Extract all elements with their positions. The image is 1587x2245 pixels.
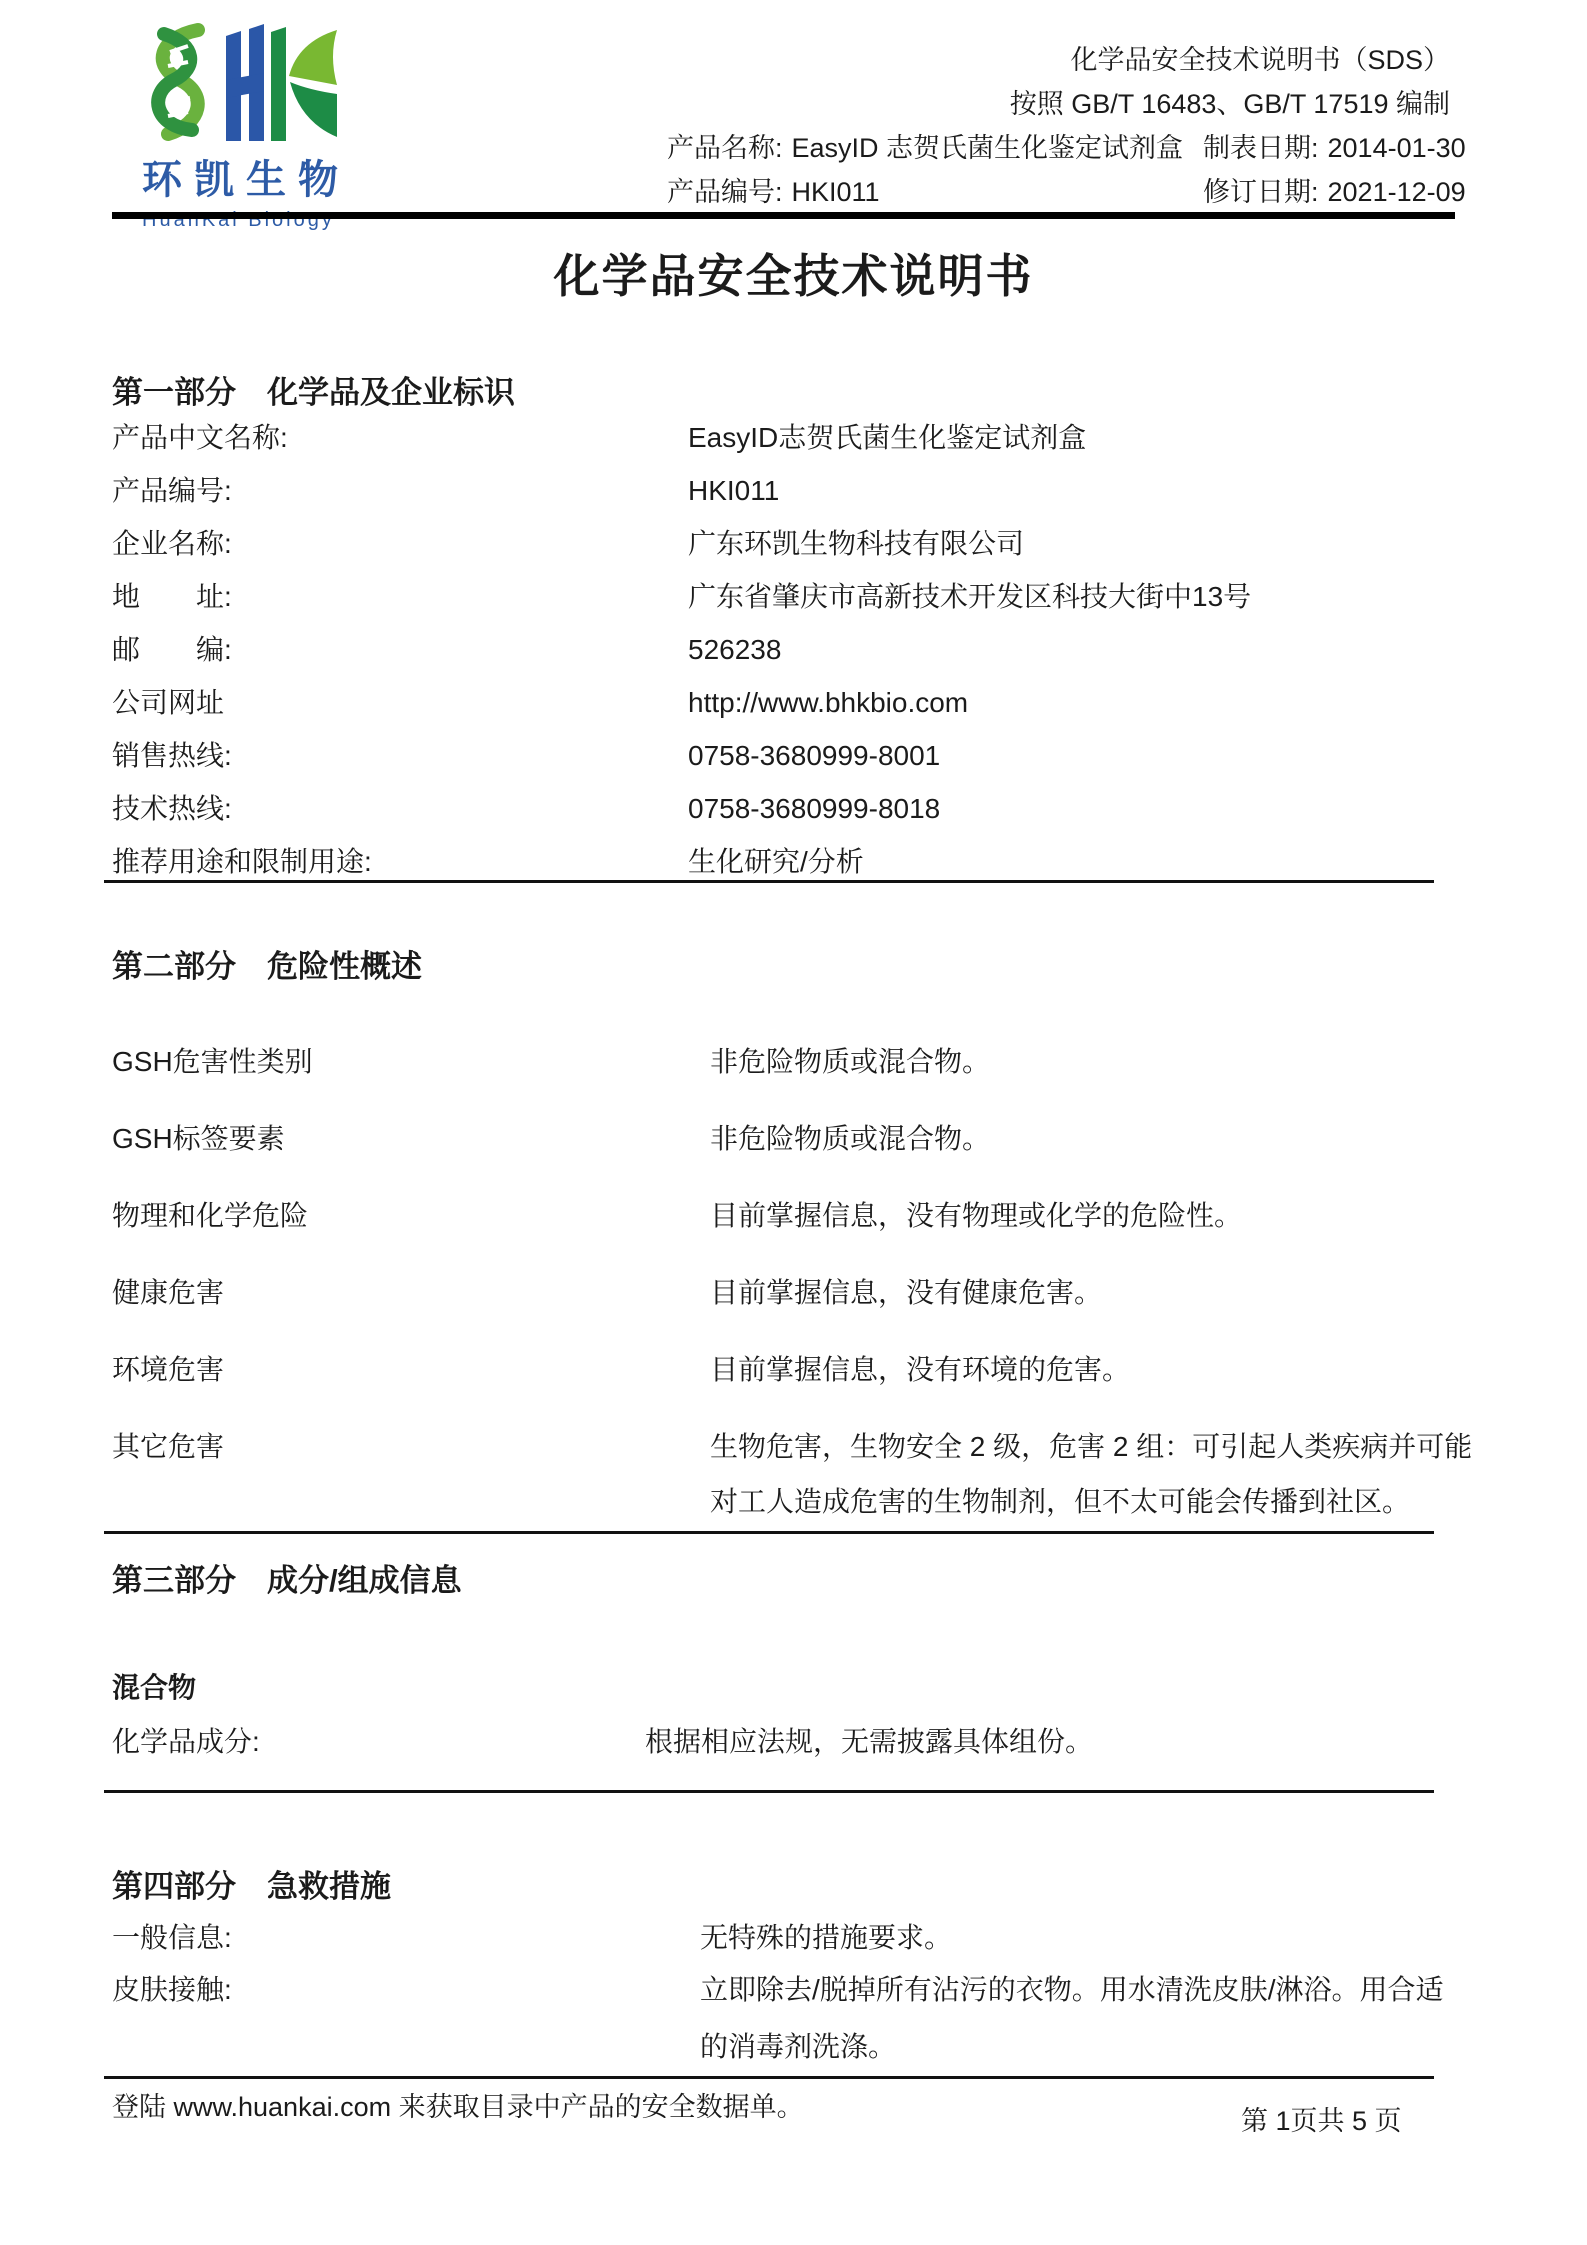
- table-row: 皮肤接触: 立即除去/脱掉所有沾污的衣物。用水清洗皮肤/淋浴。用合适 的消毒剂洗…: [0, 1973, 1480, 2085]
- table-row: 一般信息: 无特殊的措施要求。: [0, 1921, 1480, 1973]
- row-label: 企业名称:: [112, 527, 232, 561]
- section-3-heading: 第三部分 成分/组成信息: [112, 1555, 462, 1600]
- logo-bhk-icon: [140, 18, 340, 142]
- table-row: 化学品成分: 根据相应法规，无需披露具体组份。: [0, 1725, 1480, 1778]
- section-4-rows: 一般信息: 无特殊的措施要求。 皮肤接触: 立即除去/脱掉所有沾污的衣物。用水清…: [0, 1921, 1480, 2085]
- row-label: 皮肤接触:: [112, 1973, 232, 2007]
- row-value: 广东省肇庆市高新技术开发区科技大街中13号: [688, 580, 1251, 614]
- compile-standard: 按照 GB/T 16483、GB/T 17519 编制: [660, 82, 1450, 126]
- row-value: 无特殊的措施要求。: [700, 1921, 952, 1955]
- table-row: 其它危害 生物危害，生物安全 2 级，危害 2 组：可引起人类疾病并可能 对工人…: [0, 1430, 1480, 1562]
- table-row: 环境危害 目前掌握信息，没有环境的危害。: [0, 1353, 1480, 1430]
- row-value: 根据相应法规，无需披露具体组份。: [645, 1725, 1093, 1759]
- row-label: 技术热线:: [112, 792, 232, 826]
- row-label: 产品编号:: [112, 474, 232, 508]
- footer-note: 登陆 www.huankai.com 来获取目录中产品的安全数据单。: [112, 2090, 804, 2124]
- row-label: 推荐用途和限制用途:: [112, 845, 372, 879]
- row-value: 生物危害，生物安全 2 级，危害 2 组：可引起人类疾病并可能: [710, 1430, 1472, 1464]
- row-value: HKI011: [688, 474, 779, 508]
- row-value: EasyID志贺氏菌生化鉴定试剂盒: [688, 421, 1086, 455]
- table-row: 公司网址 http://www.bhkbio.com: [0, 686, 1480, 739]
- row-value: 广东环凯生物科技有限公司: [688, 527, 1024, 561]
- row-label: 环境危害: [112, 1353, 224, 1387]
- row-value: 目前掌握信息，没有环境的危害。: [710, 1353, 1130, 1387]
- revised-date-label: 修订日期:: [1203, 177, 1319, 207]
- row-value: 非危险物质或混合物。: [710, 1045, 990, 1079]
- section-2-rows: GSH危害性类别 非危险物质或混合物。 GSH标签要素 非危险物质或混合物。 物…: [0, 1045, 1480, 1562]
- row-value: 立即除去/脱掉所有沾污的衣物。用水清洗皮肤/淋浴。用合适: [700, 1973, 1444, 2007]
- table-row: 健康危害 目前掌握信息，没有健康危害。: [0, 1276, 1480, 1353]
- header-code-row: 产品编号:HKI011 修订日期:2021-12-09: [660, 170, 1450, 214]
- row-value: 目前掌握信息，没有物理或化学的危险性。: [710, 1199, 1242, 1233]
- row-label: 化学品成分:: [112, 1725, 260, 1759]
- header-rule: [112, 212, 1455, 219]
- table-row: 推荐用途和限制用途: 生化研究/分析: [0, 845, 1480, 898]
- row-label: 健康危害: [112, 1276, 224, 1310]
- row-value: 生化研究/分析: [688, 845, 864, 879]
- row-value-line2: 对工人造成危害的生物制剂，但不太可能会传播到社区。: [710, 1485, 1410, 1519]
- page-number: 第 1页共 5 页: [1241, 2104, 1402, 2138]
- mixture-subheading: 混合物: [112, 1666, 196, 1706]
- sds-document-page: 环凯生物 HuanKai Biology 化学品安全技术说明书（SDS） 按照 …: [0, 0, 1587, 2245]
- row-label: GSH危害性类别: [112, 1045, 313, 1079]
- product-code-label: 产品编号:: [667, 177, 783, 207]
- header-product-row: 产品名称:EasyID 志贺氏菌生化鉴定试剂盒 制表日期:2014-01-30: [660, 126, 1450, 170]
- section-divider: [104, 880, 1434, 883]
- row-label: GSH标签要素: [112, 1122, 285, 1156]
- row-label: 其它危害: [112, 1430, 224, 1464]
- row-value: 526238: [688, 633, 781, 667]
- header-info: 化学品安全技术说明书（SDS） 按照 GB/T 16483、GB/T 17519…: [660, 38, 1450, 214]
- section-divider: [104, 1531, 1434, 1534]
- created-date-label: 制表日期:: [1203, 133, 1319, 163]
- product-name-value: EasyID 志贺氏菌生化鉴定试剂盒: [792, 133, 1184, 163]
- table-row: 企业名称: 广东环凯生物科技有限公司: [0, 527, 1480, 580]
- row-value: 目前掌握信息，没有健康危害。: [710, 1276, 1102, 1310]
- row-label: 地 址:: [112, 580, 232, 614]
- brand-name-cn: 环凯生物: [142, 148, 350, 205]
- section-3-rows: 化学品成分: 根据相应法规，无需披露具体组份。: [0, 1725, 1480, 1778]
- product-code-value: HKI011: [792, 177, 880, 207]
- row-value website-url: http://www.bhkbio.com: [688, 686, 968, 720]
- section-1-rows: 产品中文名称: EasyID志贺氏菌生化鉴定试剂盒 产品编号: HKI011 企…: [0, 421, 1480, 898]
- table-row: 邮 编: 526238: [0, 633, 1480, 686]
- row-value: 非危险物质或混合物。: [710, 1122, 990, 1156]
- revised-date-value: 2021-12-09: [1328, 177, 1466, 207]
- page-title: 化学品安全技术说明书: [0, 240, 1587, 306]
- table-row: 产品中文名称: EasyID志贺氏菌生化鉴定试剂盒: [0, 421, 1480, 474]
- company-logo: 环凯生物 HuanKai Biology: [140, 18, 350, 232]
- table-row: 产品编号: HKI011: [0, 474, 1480, 527]
- row-label: 销售热线:: [112, 739, 232, 773]
- footer-divider: [104, 2076, 1434, 2079]
- section-divider: [104, 1790, 1434, 1793]
- row-value: 0758-3680999-8001: [688, 739, 940, 773]
- doc-type: 化学品安全技术说明书（SDS）: [660, 38, 1450, 82]
- section-2-heading: 第二部分 危险性概述: [112, 941, 422, 986]
- created-date-value: 2014-01-30: [1328, 133, 1466, 163]
- row-label: 一般信息:: [112, 1921, 232, 1955]
- row-label: 产品中文名称:: [112, 421, 288, 455]
- row-label: 物理和化学危险: [112, 1199, 308, 1233]
- row-value-line2: 的消毒剂洗涤。: [700, 2030, 896, 2064]
- table-row: 销售热线: 0758-3680999-8001: [0, 739, 1480, 792]
- section-1-heading: 第一部分 化学品及企业标识: [112, 367, 515, 412]
- product-name-label: 产品名称:: [667, 133, 783, 163]
- table-row: GSH标签要素 非危险物质或混合物。: [0, 1122, 1480, 1199]
- row-label: 公司网址: [112, 686, 224, 720]
- table-row: GSH危害性类别 非危险物质或混合物。: [0, 1045, 1480, 1122]
- table-row: 技术热线: 0758-3680999-8018: [0, 792, 1480, 845]
- table-row: 地 址: 广东省肇庆市高新技术开发区科技大街中13号: [0, 580, 1480, 633]
- table-row: 物理和化学危险 目前掌握信息，没有物理或化学的危险性。: [0, 1199, 1480, 1276]
- section-4-heading: 第四部分 急救措施: [112, 1861, 391, 1906]
- row-value: 0758-3680999-8018: [688, 792, 940, 826]
- row-label: 邮 编:: [112, 633, 232, 667]
